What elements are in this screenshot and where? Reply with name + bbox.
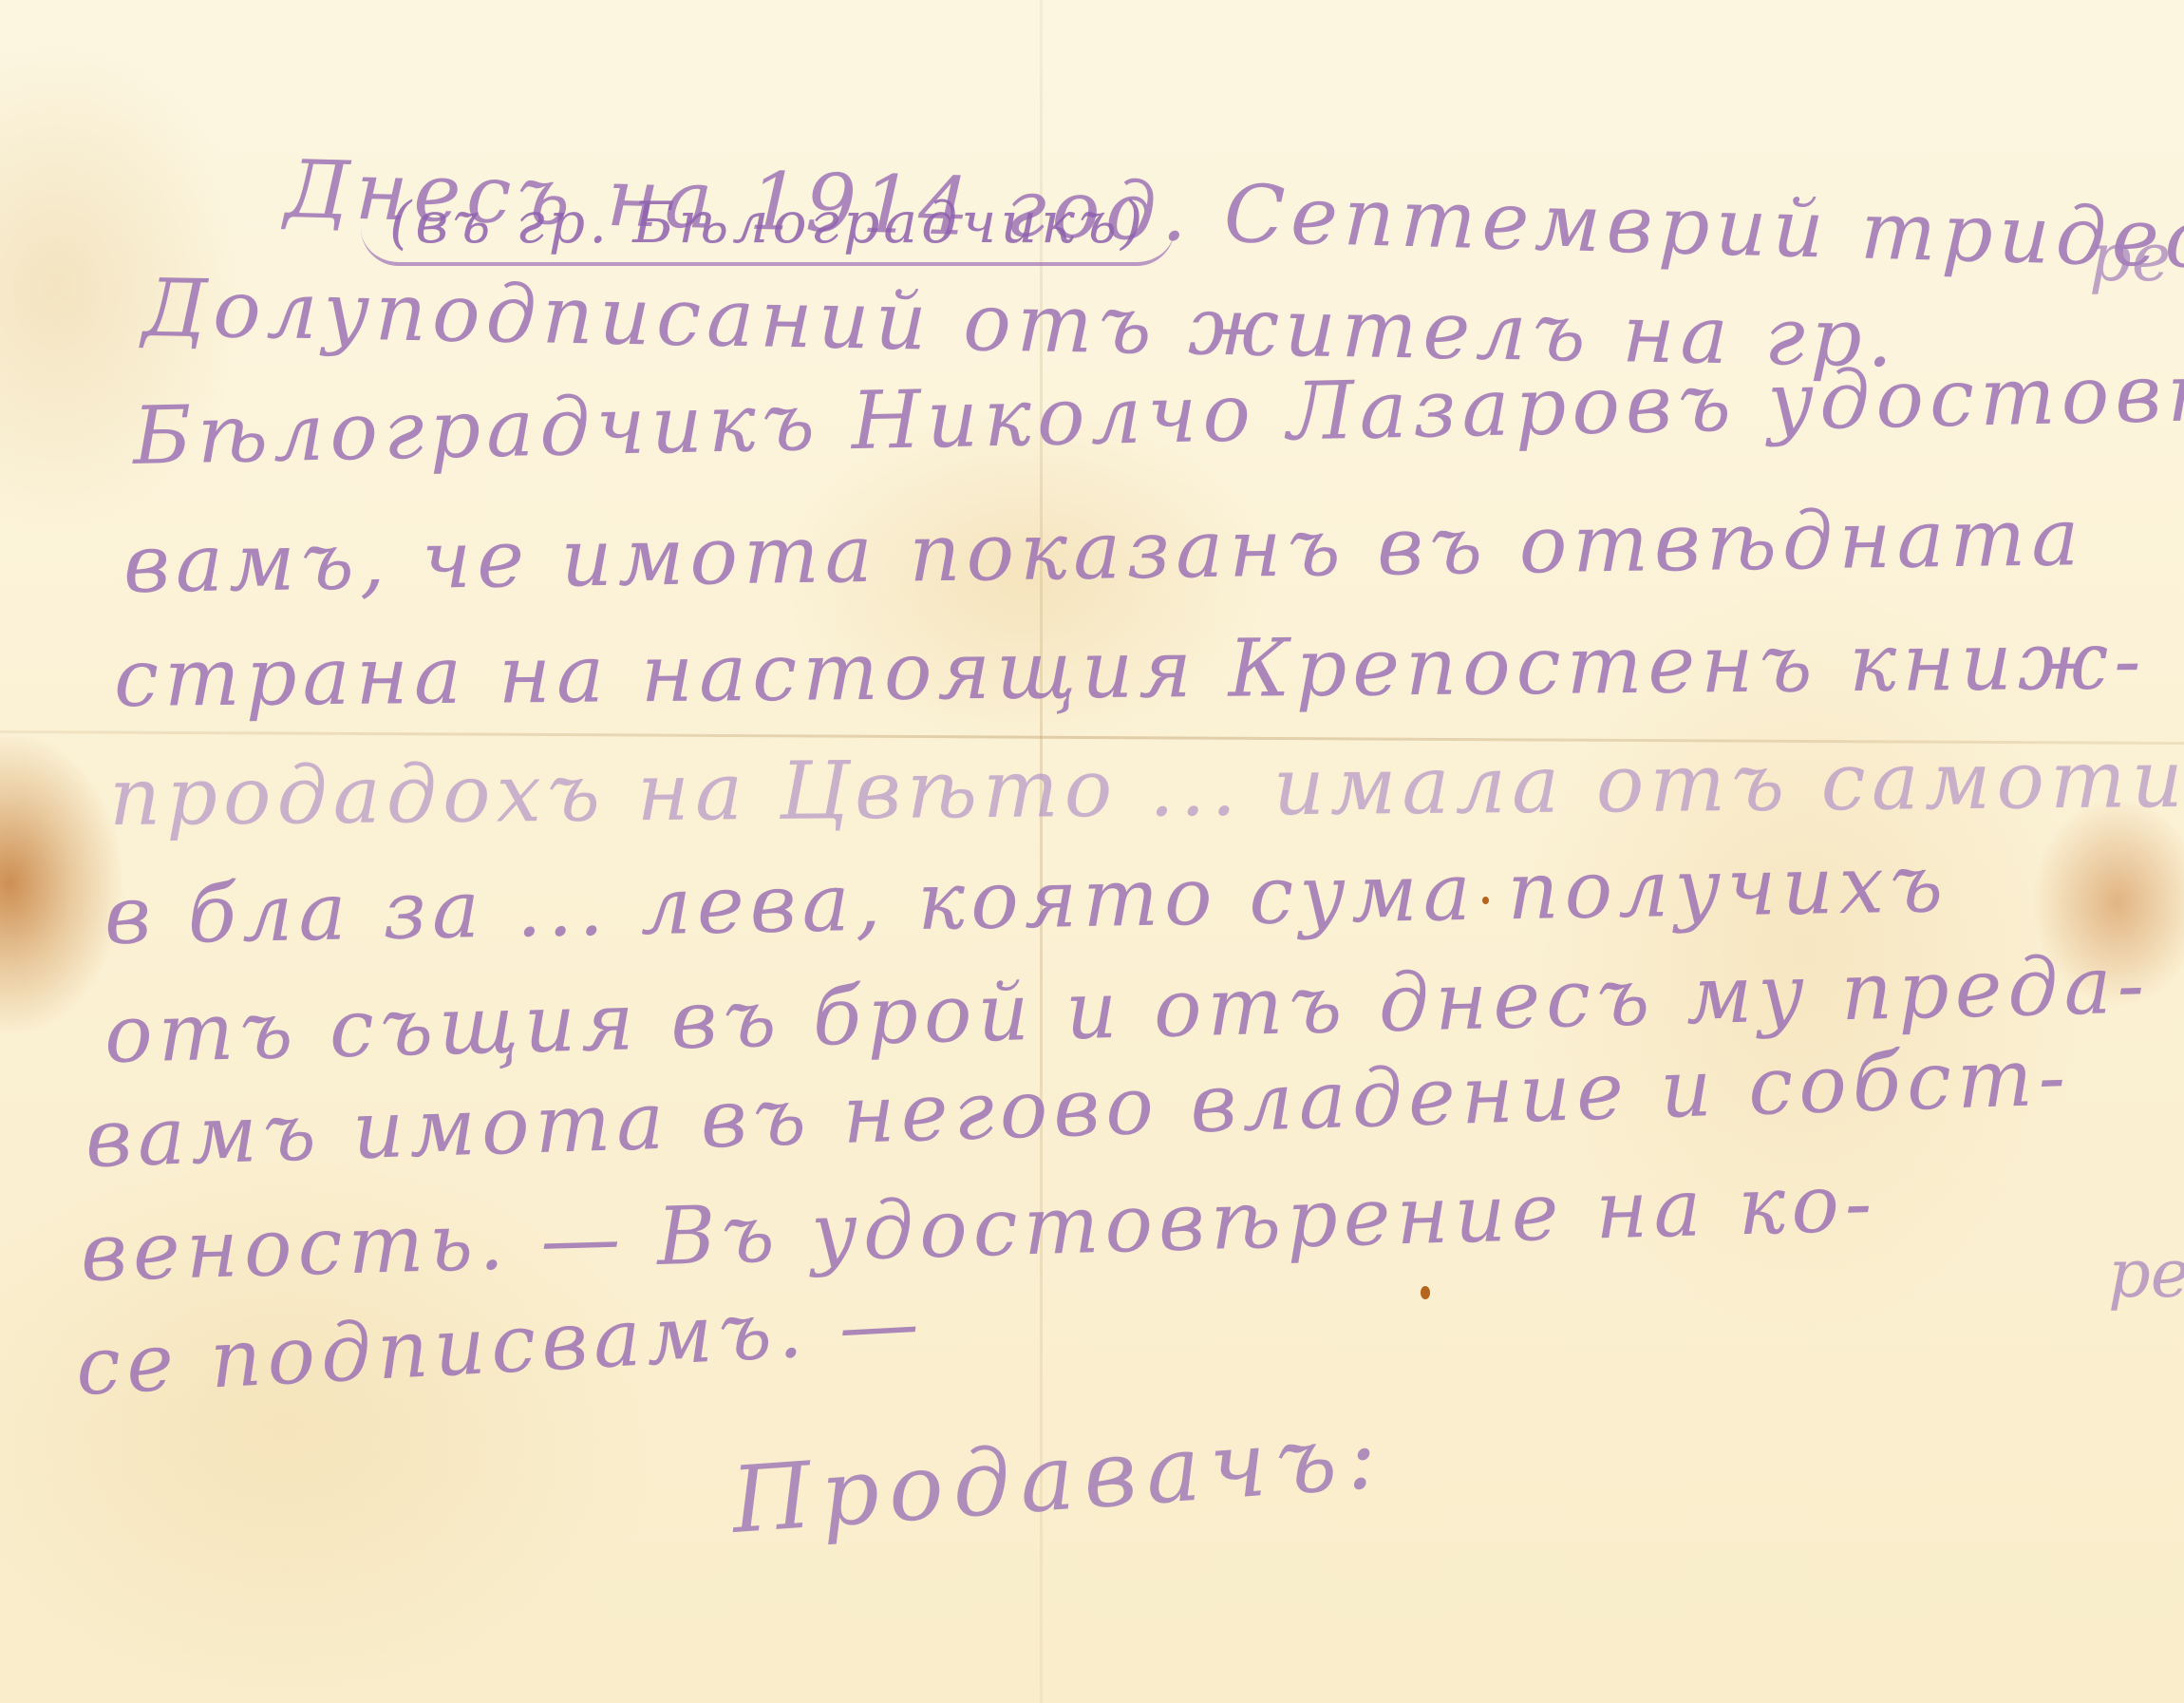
margin-note-bottom-right: ре — [2108, 1235, 2184, 1313]
text-line-6: продадохъ на Цвѣто ... имала отъ самоти — [109, 732, 2184, 843]
rust-spot — [1421, 1286, 1430, 1299]
inserted-text-belogradchik: (въ гр. Бѣлоградчикъ) — [361, 190, 1175, 266]
margin-note-top-right: ре — [2089, 218, 2171, 296]
text-line-5: страна на настоящия Крепостенъ книж- — [114, 614, 2147, 725]
